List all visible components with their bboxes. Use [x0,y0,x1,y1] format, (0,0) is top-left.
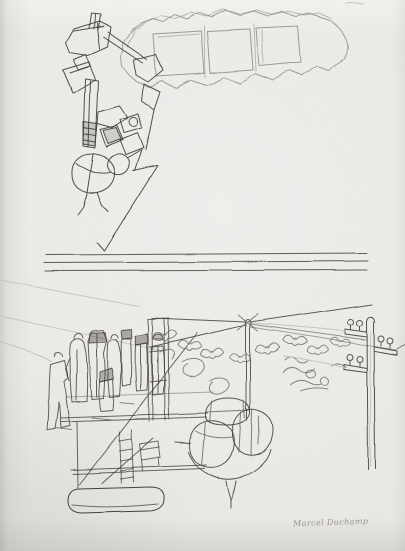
artwork-scan: Marcel Duchamp [0,0,405,551]
paper-grain [0,0,405,551]
pencil-drawing [0,0,405,551]
page: { "artwork": { "signature": "Marcel Duch… [0,0,405,551]
